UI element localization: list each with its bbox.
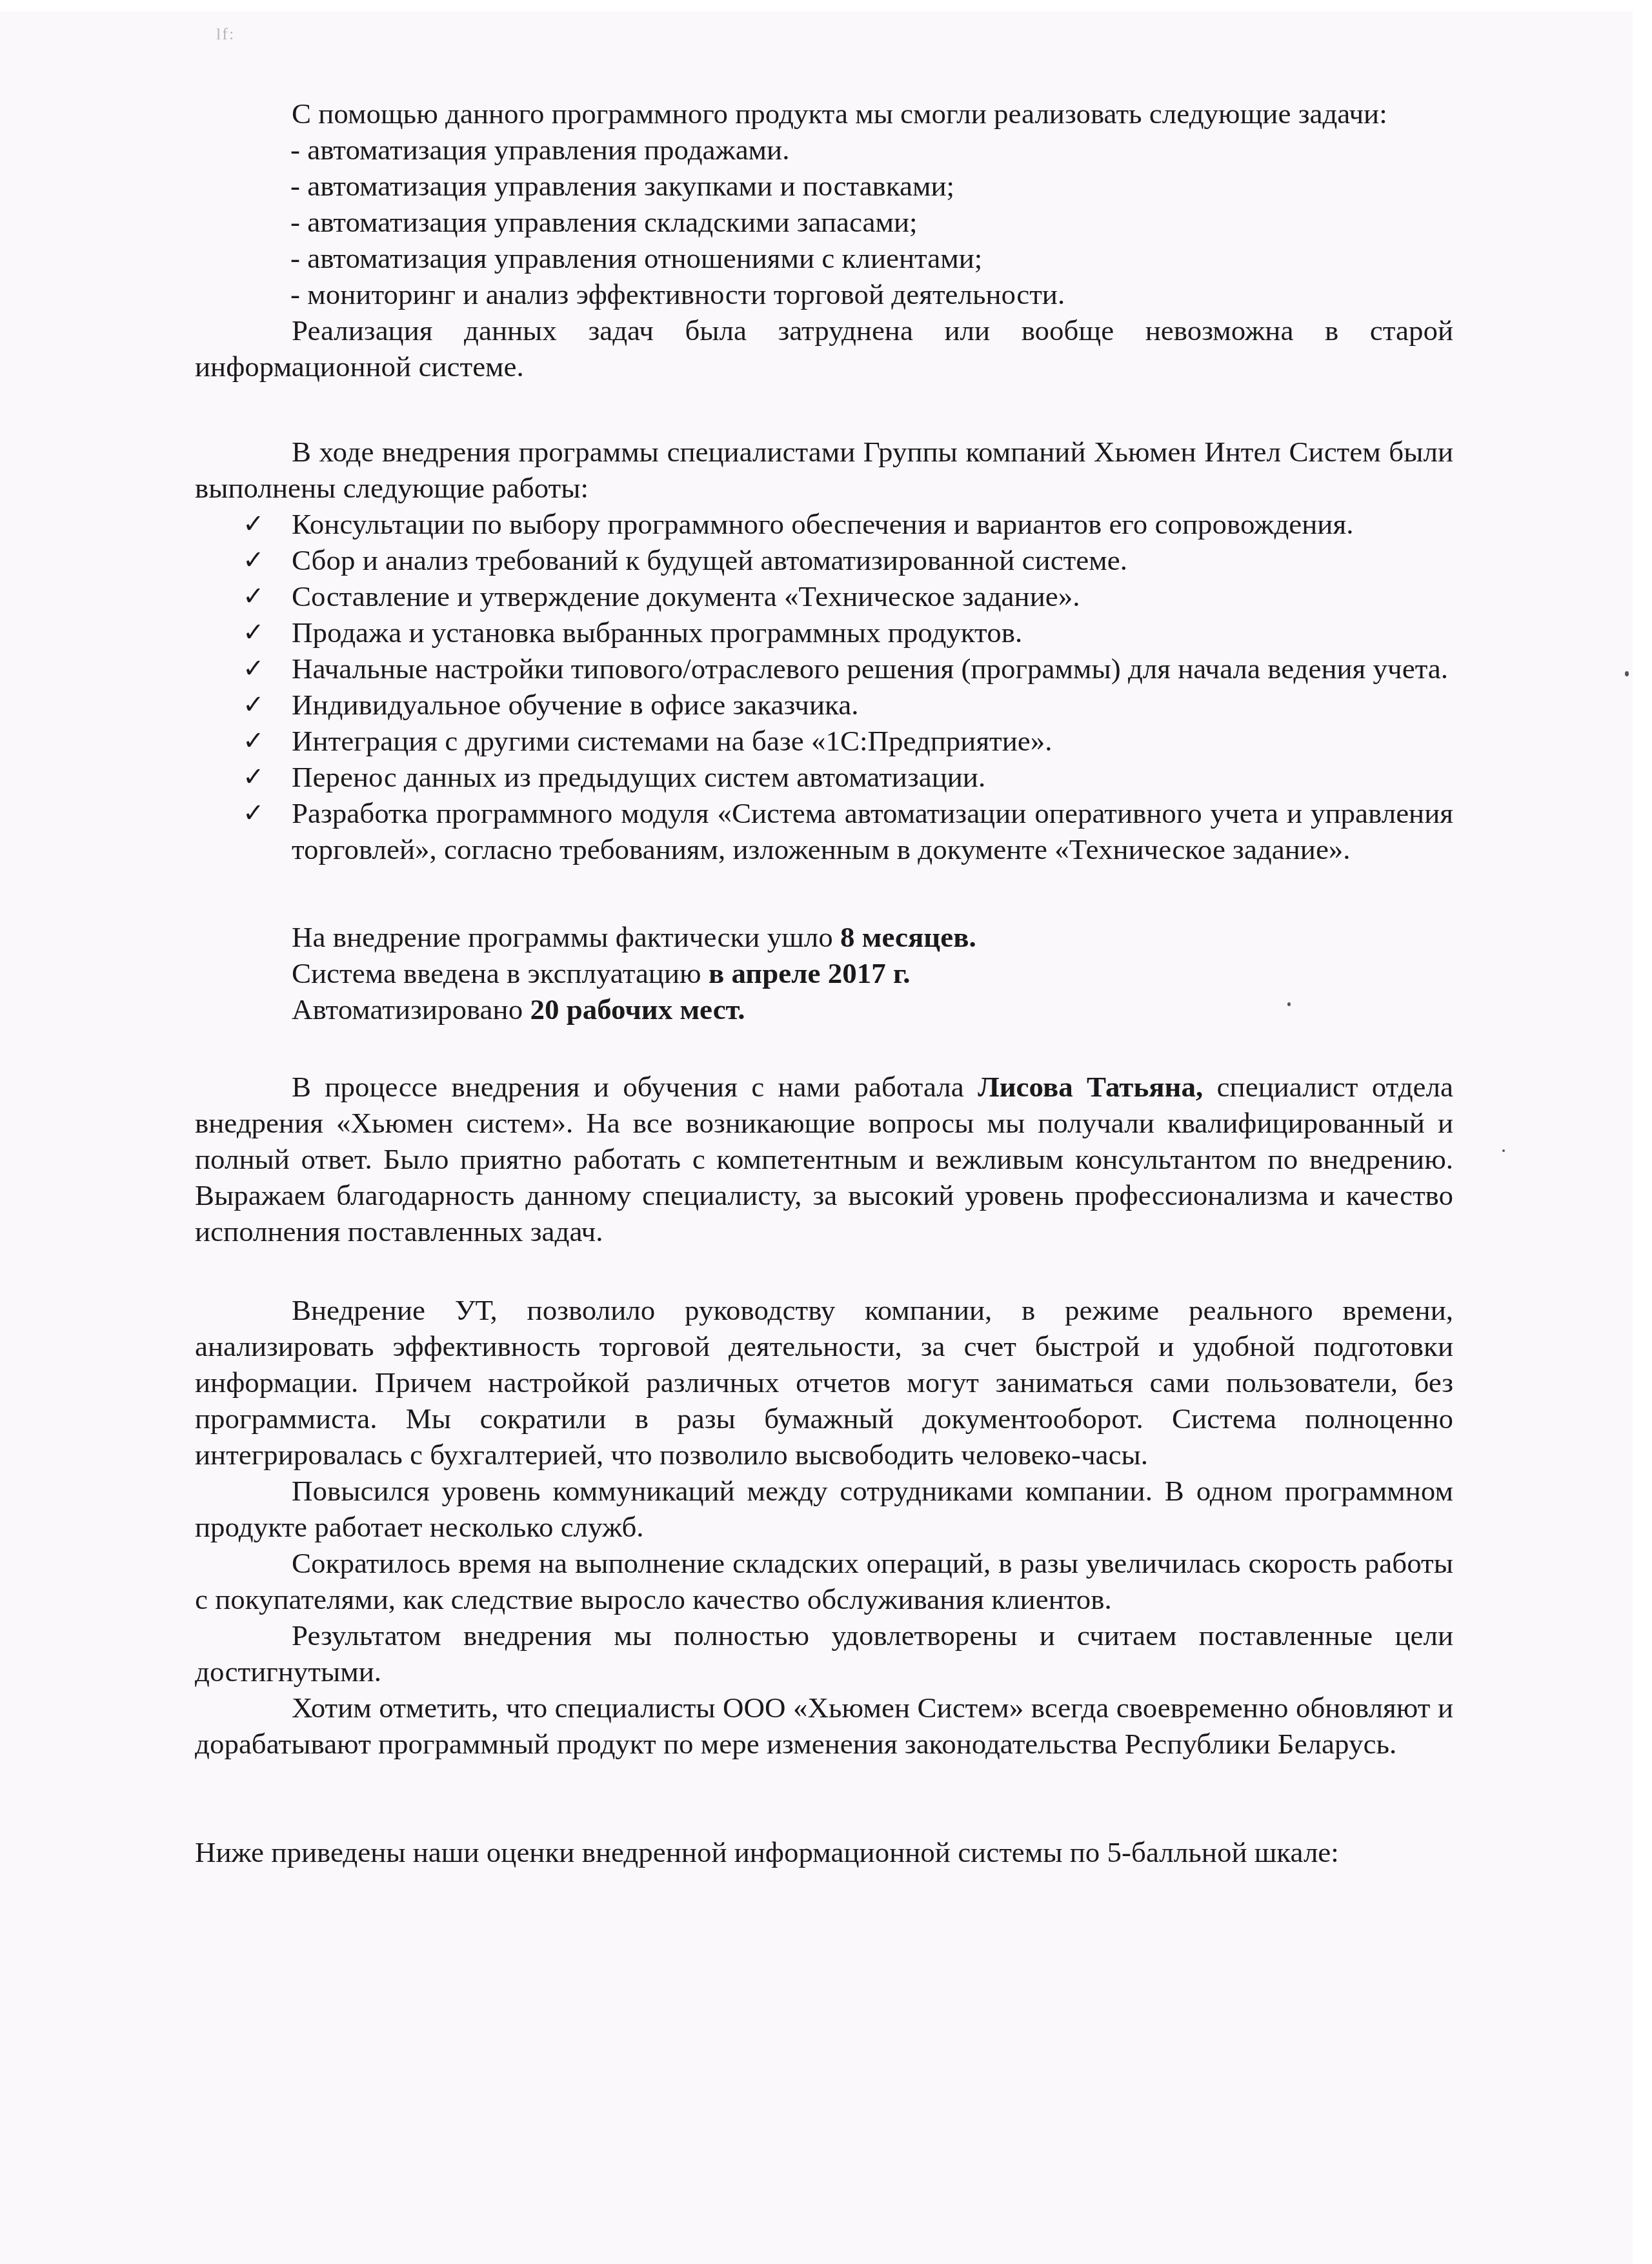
work-item: ✓Интеграция с другими системами на базе … [292, 723, 1453, 759]
checkmark-icon: ✓ [243, 687, 265, 723]
facts-section: На внедрение программы фактически ушло 8… [195, 919, 1453, 1027]
scan-speck [1625, 671, 1629, 676]
checkmark-icon: ✓ [243, 506, 265, 542]
scan-artifact-mark: lf: [216, 25, 235, 44]
specialist-paragraph: В процессе внедрения и обучения с нами р… [195, 1069, 1453, 1249]
work-item: ✓Индивидуальное обучение в офисе заказчи… [292, 687, 1453, 723]
seats-line: Автоматизировано 20 рабочих мест. [292, 991, 1453, 1027]
launch-line: Система введена в эксплуатацию в апреле … [292, 955, 1453, 991]
checkmark-icon: ✓ [243, 542, 265, 578]
specialist-section: В процессе внедрения и обучения с нами р… [195, 1069, 1453, 1249]
launch-date: в апреле 2017 г. [709, 957, 911, 989]
works-list: ✓Консультации по выбору программного обе… [195, 506, 1453, 867]
work-item: ✓Перенос данных из предыдущих систем авт… [292, 759, 1453, 795]
checkmark-icon: ✓ [243, 651, 265, 687]
work-item: ✓Составление и утверждение документа «Те… [292, 578, 1453, 614]
specialist-name: Лисова Татьяна, [978, 1071, 1203, 1103]
works-section: В ходе внедрения программы специалистами… [195, 434, 1453, 867]
intro-section: С помощью данного программного продукта … [195, 96, 1453, 385]
checkmark-icon: ✓ [243, 759, 265, 795]
task-item: - автоматизация управления продажами. [290, 132, 1453, 168]
work-item: ✓Разработка программного модуля «Система… [292, 795, 1453, 867]
seats-value: 20 рабочих мест. [530, 993, 745, 1026]
works-paragraph: В ходе внедрения программы специалистами… [195, 434, 1453, 506]
checkmark-icon: ✓ [243, 578, 265, 614]
task-item: - автоматизация управления складскими за… [290, 204, 1453, 240]
duration-line: На внедрение программы фактически ушло 8… [292, 919, 1453, 955]
result-paragraph: Повысился уровень коммуникаций между сот… [195, 1473, 1453, 1545]
task-item: - автоматизация управления закупками и п… [290, 168, 1453, 204]
intro-conclusion: Реализация данных задач была затруднена … [195, 312, 1453, 385]
task-item: - мониторинг и анализ эффективности торг… [290, 276, 1453, 312]
work-item: ✓Сбор и анализ требований к будущей авто… [292, 542, 1453, 578]
duration-value: 8 месяцев. [840, 921, 976, 953]
work-item: ✓Консультации по выбору программного обе… [292, 506, 1453, 542]
document-body: С помощью данного программного продукта … [195, 96, 1453, 1870]
ratings-intro: Ниже приведены наши оценки внедренной ин… [195, 1834, 1453, 1870]
result-paragraph: Результатом внедрения мы полностью удовл… [195, 1617, 1453, 1690]
result-paragraph: Хотим отметить, что специалисты ООО «Хью… [195, 1690, 1453, 1762]
checkmark-icon: ✓ [243, 795, 265, 831]
scan-speck [1287, 1002, 1291, 1006]
work-item: ✓Начальные настройки типового/отраслевог… [292, 651, 1453, 687]
result-paragraph: Внедрение УТ, позволило руководству комп… [195, 1292, 1453, 1473]
results-section: Внедрение УТ, позволило руководству комп… [195, 1292, 1453, 1762]
checkmark-icon: ✓ [243, 614, 265, 651]
tasks-list: - автоматизация управления продажами. - … [195, 132, 1453, 312]
scan-speck [1502, 1149, 1505, 1152]
task-item: - автоматизация управления отношениями с… [290, 240, 1453, 276]
intro-paragraph: С помощью данного программного продукта … [195, 96, 1453, 132]
work-item: ✓Продажа и установка выбранных программн… [292, 614, 1453, 651]
checkmark-icon: ✓ [243, 723, 265, 759]
result-paragraph: Сократилось время на выполнение складски… [195, 1545, 1453, 1617]
